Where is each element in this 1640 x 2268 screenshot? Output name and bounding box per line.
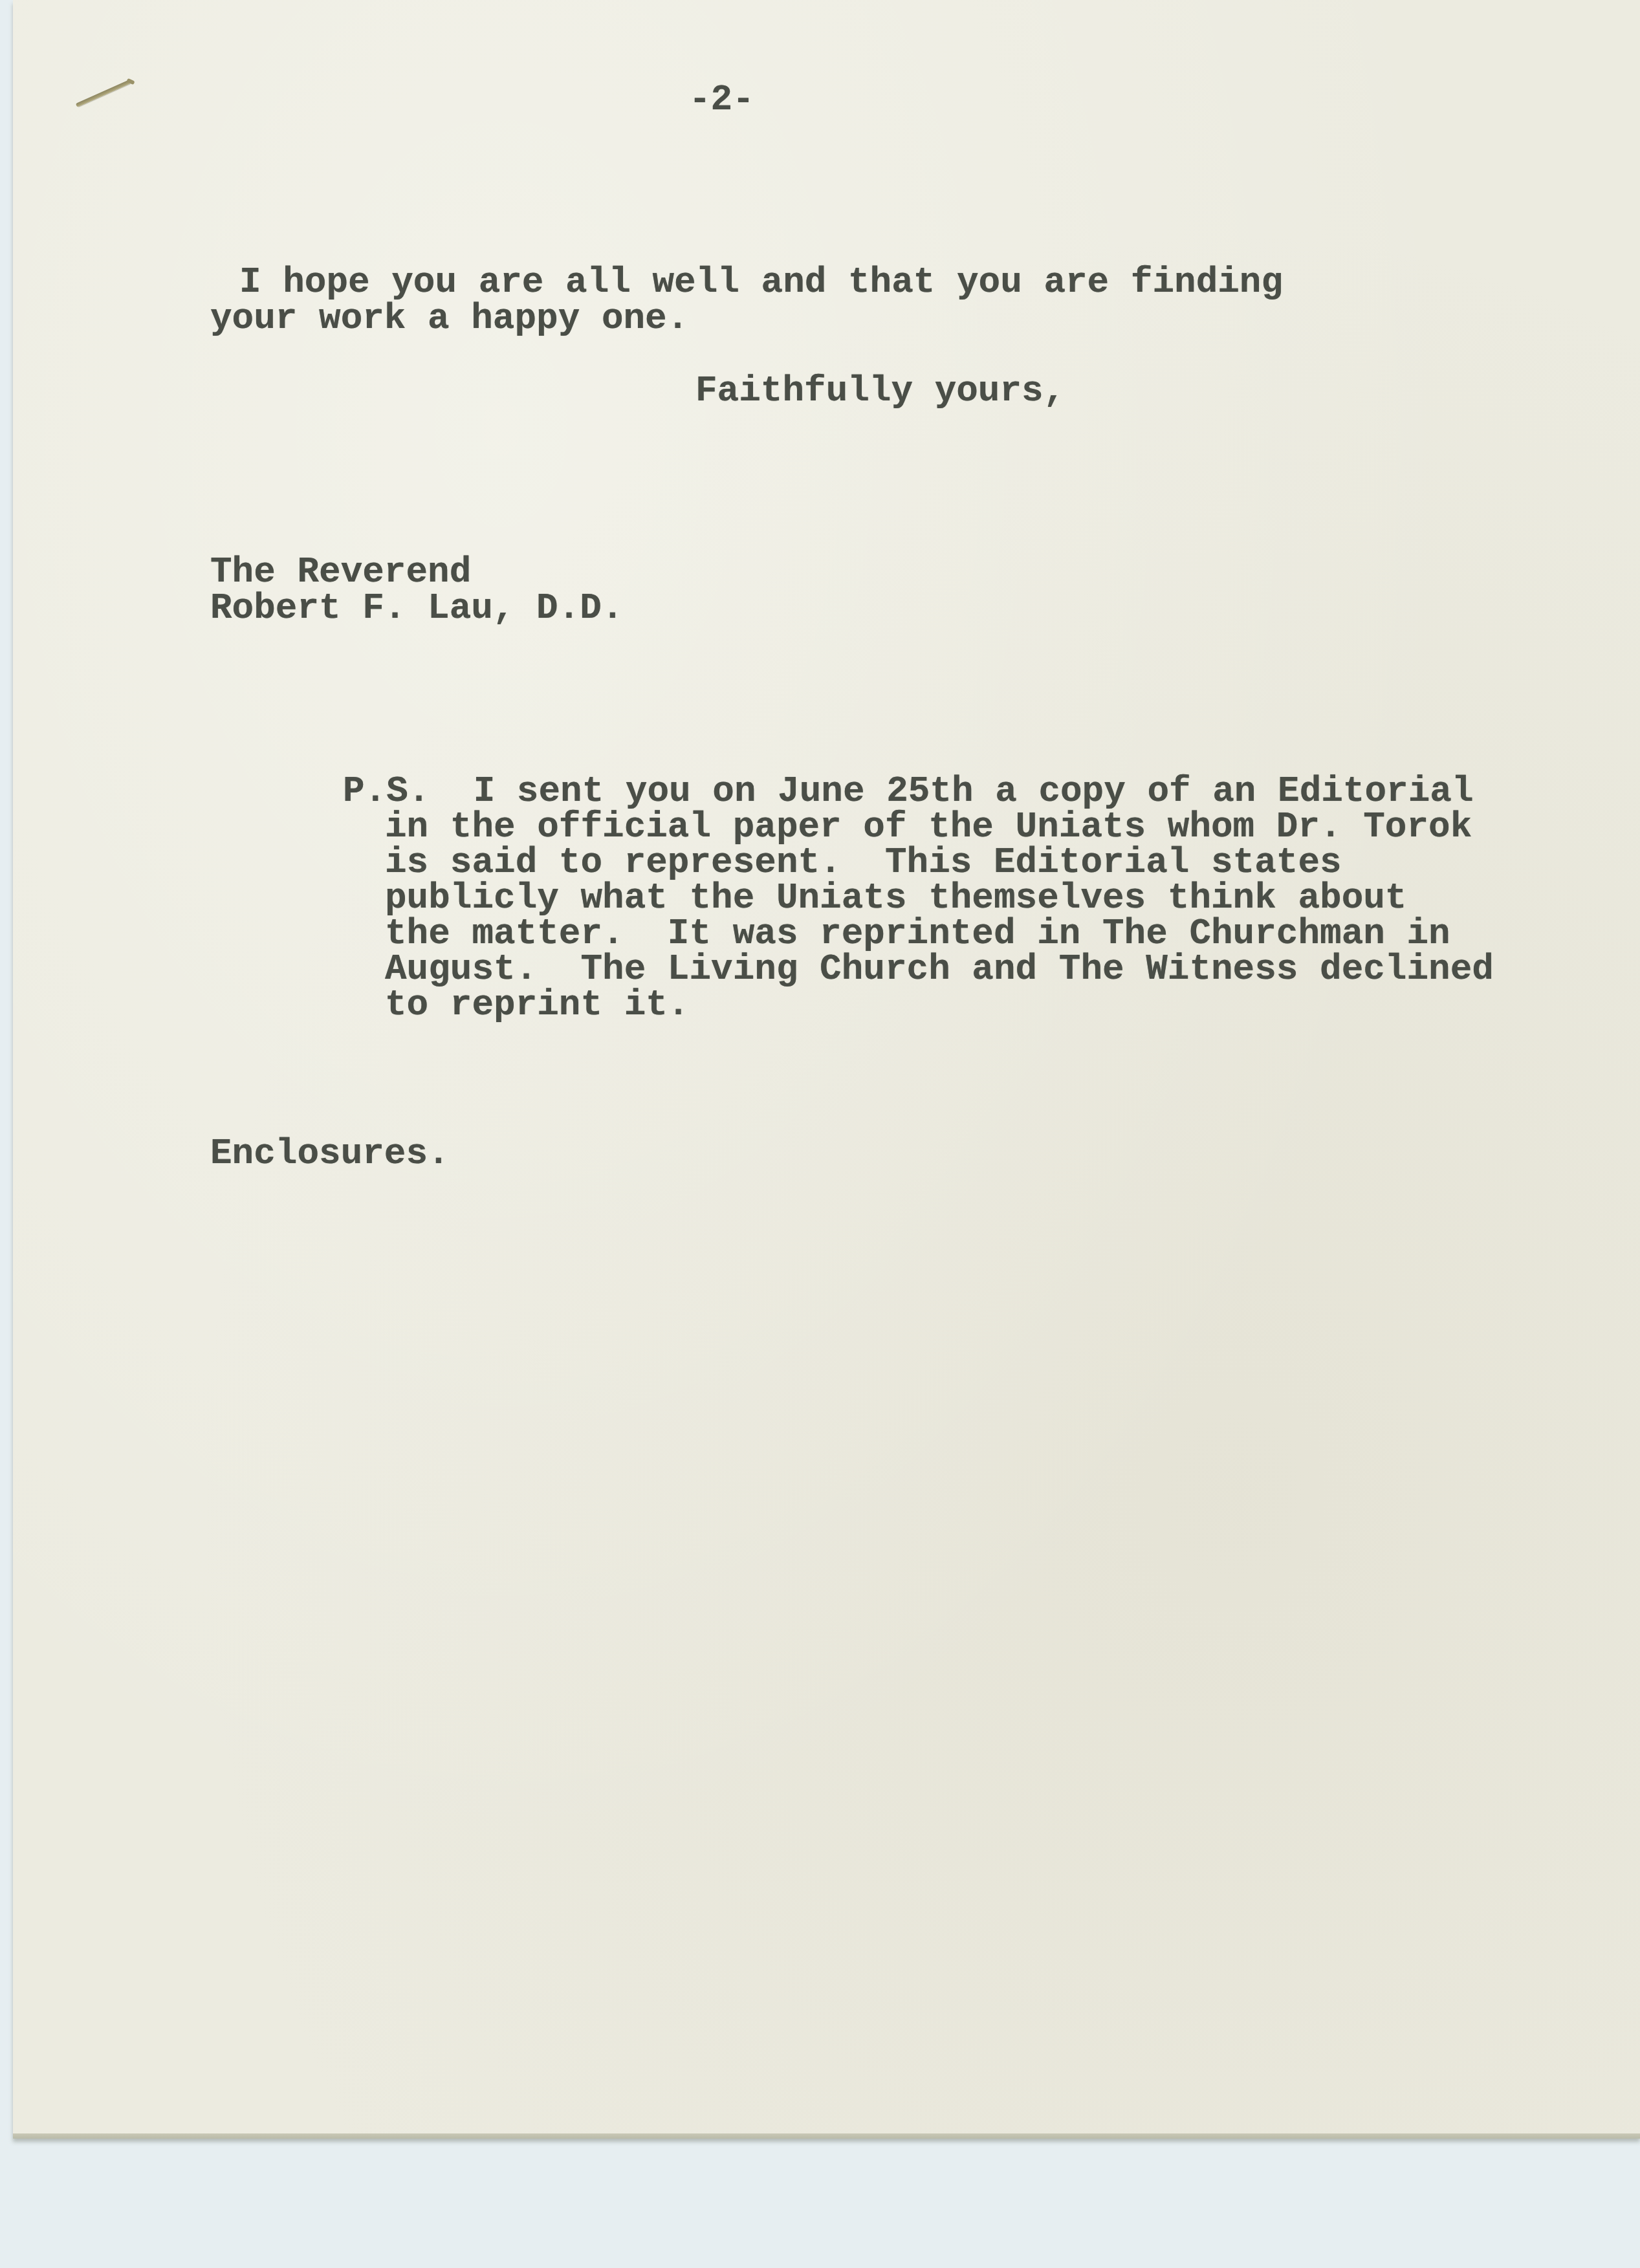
- addressee-line: The Reverend: [210, 554, 471, 590]
- postscript-line: in the official paper of the Uniats whom…: [385, 809, 1472, 845]
- body-line: your work a happy one.: [210, 300, 688, 336]
- closing-salutation: Faithfully yours,: [695, 373, 1065, 409]
- postscript-line: the matter. It was reprinted in The Chur…: [385, 915, 1450, 952]
- enclosures-note: Enclosures.: [210, 1135, 450, 1172]
- postscript-line: August. The Living Church and The Witnes…: [385, 951, 1494, 987]
- page-number: -2-: [689, 82, 754, 118]
- postscript-line: is said to represent. This Editorial sta…: [385, 844, 1342, 880]
- postscript-line: P.S. I sent you on June 25th a copy of a…: [343, 773, 1473, 809]
- body-line: I hope you are all well and that you are…: [239, 264, 1283, 300]
- postscript-line: publicly what the Uniats themselves thin…: [385, 880, 1406, 916]
- postscript-line: to reprint it.: [385, 987, 689, 1023]
- paper-bottom-edge: [13, 2133, 1640, 2139]
- addressee-line: Robert F. Lau, D.D.: [210, 590, 624, 626]
